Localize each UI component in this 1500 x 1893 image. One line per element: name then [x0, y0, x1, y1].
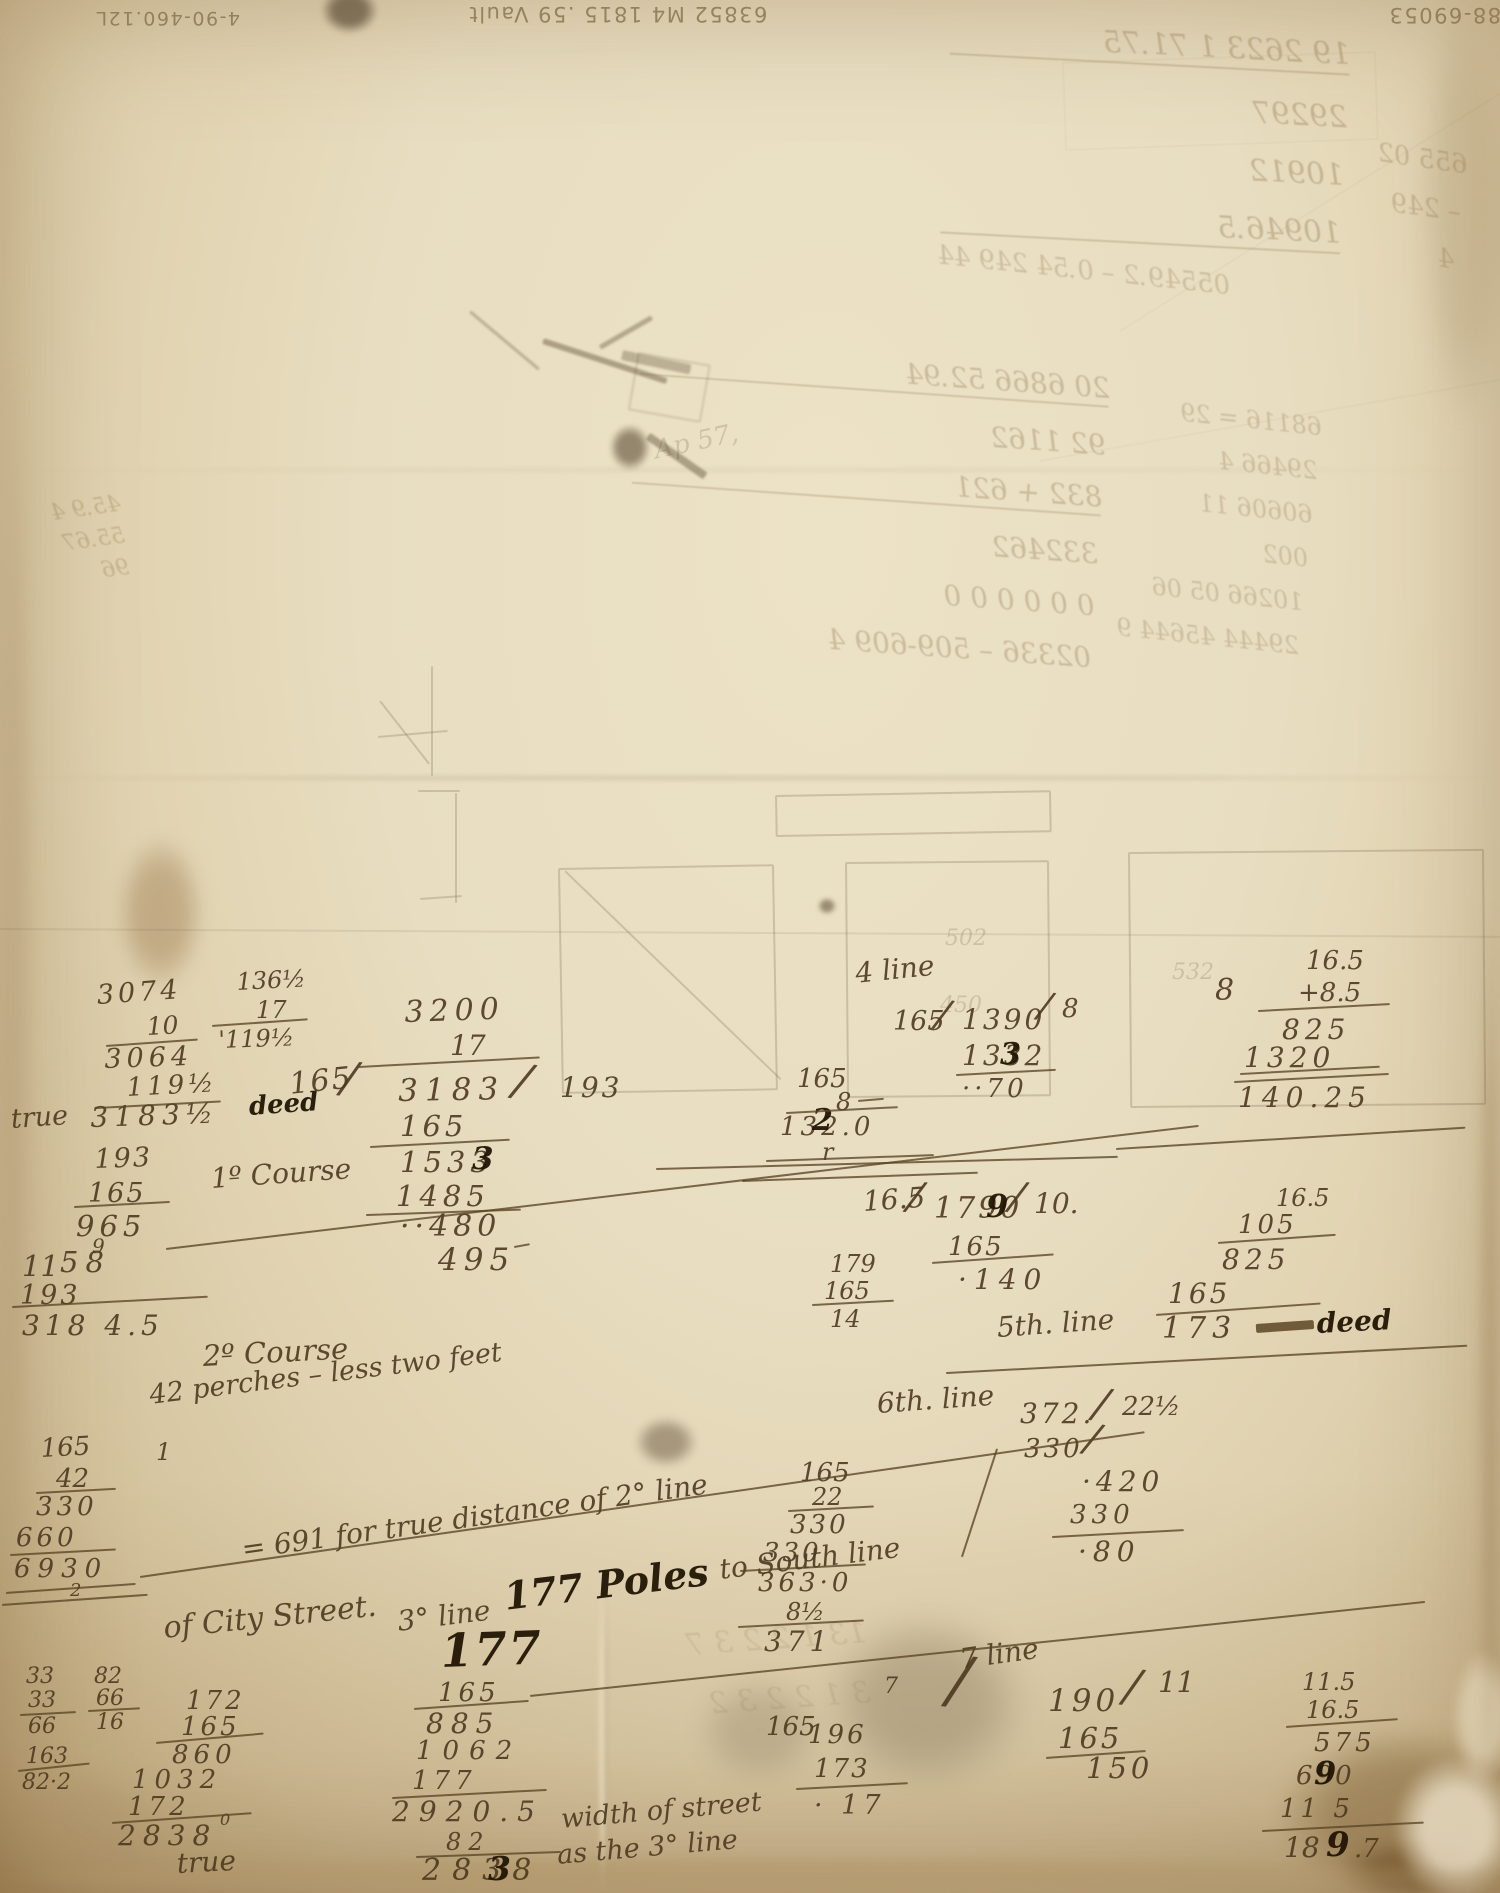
label-6th-line: 6th. line [876, 1382, 995, 1418]
ink-text: 136½ [236, 966, 306, 994]
ink-text: 177 [440, 1624, 544, 1674]
ink-text: 179 [830, 1252, 876, 1276]
ink-text: 371 [764, 1628, 832, 1656]
ink-text: 18 [1284, 1834, 1320, 1862]
separator-mid [656, 1156, 1118, 1170]
ink-text: 825 [1282, 1016, 1350, 1044]
ink-text: 82·2 [22, 1772, 71, 1794]
ink-text: 2920.5 [392, 1798, 544, 1826]
ink-text: 11 5 [1280, 1796, 1354, 1822]
ink-text: 965 [76, 1212, 146, 1241]
ink-text: 17 [450, 1032, 486, 1060]
ink-text: · 17 [814, 1792, 886, 1819]
separator-bottom [530, 1601, 1425, 1697]
ink-text: 66 [96, 1688, 124, 1710]
ink-text: 172 [128, 1794, 190, 1820]
ink-text: 33 [26, 1666, 54, 1688]
ink-text: 2 [70, 1582, 81, 1600]
ink-text: 3064 [104, 1043, 194, 1073]
ink-calculations-layer: 3074103064119½true3183½deed136½17'119½32… [0, 0, 1500, 1893]
label-1st-course: 1º Course [210, 1155, 352, 1193]
ink-text: 22½ [1122, 1394, 1180, 1420]
label-true-distance: = 691 for true distance of 2° line [240, 1471, 709, 1564]
ink-text: 11.5 [1302, 1670, 1355, 1694]
ink-text: 8½ [786, 1600, 825, 1624]
ink-text: 1485 [396, 1182, 490, 1211]
ink-text: 825 [1222, 1246, 1290, 1274]
ink-text: / [510, 1056, 535, 1104]
label-deed-2: deed [1316, 1306, 1392, 1338]
ink-text: 330 [790, 1512, 849, 1538]
ink-text: r [822, 1140, 833, 1164]
ink-text: 10. [1034, 1190, 1079, 1218]
ink-text: 42 [56, 1466, 89, 1492]
ink-text: 3 [488, 1852, 511, 1885]
ink-text: 1062 [416, 1738, 522, 1764]
ink-rule-line [514, 1243, 530, 1248]
ink-text: 8 [1215, 976, 1234, 1006]
ink-text: 33 [28, 1690, 56, 1712]
ink-text: 165 [948, 1234, 1004, 1260]
strike-mark [1256, 1320, 1314, 1333]
ink-text: 193 [560, 1074, 622, 1102]
ink-text: 82 [94, 1666, 122, 1688]
ink-text: 165 [400, 1112, 467, 1141]
ink-text: 14 [830, 1307, 861, 1331]
ink-text: 3200 [404, 994, 505, 1027]
ink-text: 2838 [422, 1856, 542, 1886]
ink-text: 165 [1168, 1280, 1230, 1308]
ink-text: '119½ [218, 1025, 294, 1052]
ink-text: 660 [16, 1525, 78, 1551]
ink-text: / [1122, 1662, 1144, 1710]
ink-text: 363·0 [758, 1570, 852, 1596]
ink-text: ·420 [1082, 1468, 1164, 1496]
ink-text: / [1007, 1176, 1027, 1218]
label-of-city-street: of City Street. [162, 1592, 378, 1644]
ink-text: 11 [1158, 1668, 1195, 1697]
ink-text: 22 [812, 1485, 843, 1509]
label-true: true [10, 1102, 69, 1133]
ink-text: 173 [1162, 1314, 1237, 1344]
ink-text: 330 [36, 1494, 98, 1520]
ink-text: 173 [814, 1756, 870, 1782]
ink-text: 3 [472, 1144, 494, 1175]
ink-text: 140.25 [1238, 1084, 1372, 1112]
ink-text: / [1036, 988, 1054, 1026]
ink-text: 177 [412, 1768, 477, 1794]
ink-text: ··70 [962, 1076, 1028, 1102]
manuscript-page: 502450532Ap 57, 19 2623 1 71.75292971091… [0, 0, 1500, 1893]
ink-text: / [933, 994, 952, 1034]
ink-text: 10 [146, 1012, 179, 1039]
ink-rule-line [858, 1098, 884, 1102]
ink-text: +8.5 [1298, 980, 1361, 1006]
ink-text: 172 [186, 1688, 245, 1714]
label-177-poles: 177 Poles [502, 1553, 711, 1616]
ink-text: 7 [884, 1676, 898, 1698]
ink-text: 3074 [96, 976, 182, 1009]
ink-text: 6930 [14, 1556, 108, 1582]
ink-text: 8 [1062, 996, 1079, 1022]
ink-text: 165 [824, 1279, 870, 1303]
ink-text: 16.5 [1276, 1186, 1329, 1210]
ink-text: 330 [1070, 1502, 1135, 1528]
ink-text: 190 [1048, 1686, 1119, 1717]
ink-text: 105 [1238, 1212, 1297, 1238]
ink-text: 9 [1326, 1828, 1350, 1862]
ink-text: 9 [1314, 1757, 1336, 1789]
ink-text: 16.5 [1306, 948, 1364, 974]
ink-text: 318 4.5 [22, 1312, 164, 1340]
ink-text: 330 [763, 1540, 822, 1566]
ink-text: 495 [438, 1245, 515, 1276]
ink-text: 3 [1000, 1040, 1021, 1070]
ink-text: 165 [1058, 1724, 1122, 1753]
ink-rule-line [358, 1056, 540, 1068]
ink-text: 193 [94, 1144, 152, 1173]
ink-text: 16 [96, 1712, 124, 1734]
ink-text: ·80 [1078, 1538, 1141, 1566]
ink-text: 885 [426, 1710, 500, 1738]
ink-text: 150 [1086, 1754, 1153, 1783]
label-true-2: true [176, 1847, 237, 1878]
ink-text: 575 [1314, 1730, 1376, 1756]
ink-text: / [945, 1648, 973, 1714]
ink-text: 58 [60, 1248, 111, 1277]
ink-text: ··480 [400, 1212, 501, 1242]
ink-text: 66 [28, 1716, 56, 1738]
ink-text: .7 [1354, 1836, 1379, 1862]
ink-text: 165 [40, 1433, 91, 1462]
separator-under-173 [946, 1345, 1467, 1375]
ink-text: 1390 [962, 1006, 1045, 1034]
ink-text: 16.5 [1306, 1698, 1359, 1722]
ink-text: 11 [22, 1252, 59, 1281]
label-4-line: 4 line [854, 952, 936, 988]
ink-text: 3183 [398, 1074, 505, 1107]
ink-text: ·140 [958, 1266, 1048, 1294]
ink-text: 372. [1020, 1400, 1094, 1428]
ink-text: 1032 [132, 1767, 222, 1793]
ink-text: 1 [156, 1440, 171, 1464]
ink-text: 17 [256, 998, 287, 1022]
ink-text: 9 [986, 1190, 1008, 1222]
ink-text: 196 [808, 1722, 867, 1748]
label-5th-line: 5th. line [996, 1306, 1115, 1342]
ink-rule-line [961, 1448, 998, 1557]
ink-text: 82 [446, 1830, 491, 1854]
